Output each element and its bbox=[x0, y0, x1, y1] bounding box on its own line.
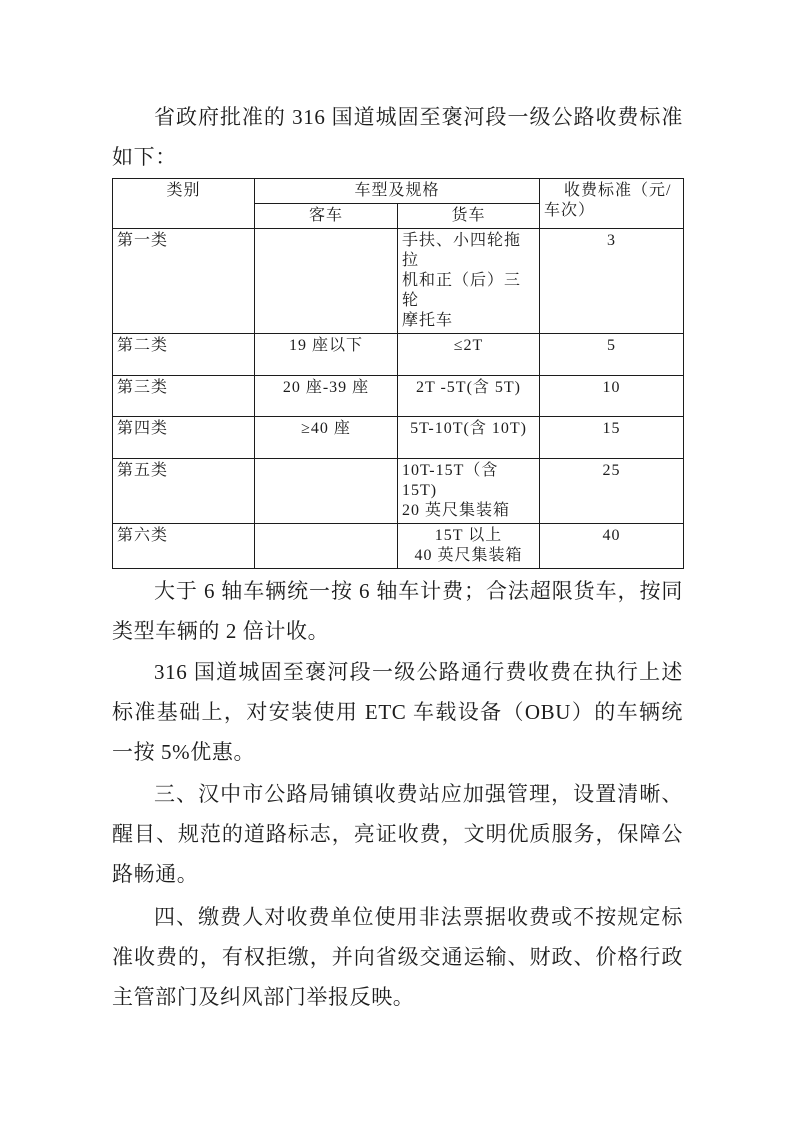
cell-truck: 10T-15T（含 15T) 20 英尺集装箱 bbox=[398, 459, 540, 524]
cell-fee: 15 bbox=[540, 417, 684, 459]
cell-truck: ≤2T bbox=[398, 334, 540, 376]
cell-fee: 3 bbox=[540, 229, 684, 334]
document-page: 省政府批准的 316 国道城固至褒河段一级公路收费标准如下： 类别 车型及规格 … bbox=[0, 0, 793, 1122]
cell-truck: 手扶、小四轮拖拉 机和正（后）三轮 摩托车 bbox=[398, 229, 540, 334]
cell-category: 第六类 bbox=[113, 524, 255, 569]
header-category: 类别 bbox=[113, 179, 255, 229]
section-three-paragraph: 三、汉中市公路局铺镇收费站应加强管理，设置清晰、醒目、规范的道路标志，亮证收费，… bbox=[112, 774, 683, 894]
cell-truck: 5T-10T(含 10T) bbox=[398, 417, 540, 459]
header-passenger-car: 客车 bbox=[255, 204, 398, 229]
cell-passenger: ≥40 座 bbox=[255, 417, 398, 459]
table-row-class2: 第二类 19 座以下 ≤2T 5 bbox=[113, 334, 684, 376]
cell-truck: 2T -5T(含 5T) bbox=[398, 376, 540, 417]
cell-passenger bbox=[255, 524, 398, 569]
table-header-row-1: 类别 车型及规格 收费标准（元/ 车次） bbox=[113, 179, 684, 204]
cell-truck: 15T 以上 40 英尺集装箱 bbox=[398, 524, 540, 569]
header-truck: 货车 bbox=[398, 204, 540, 229]
cell-passenger bbox=[255, 229, 398, 334]
cell-category: 第一类 bbox=[113, 229, 255, 334]
axle-rule-paragraph: 大于 6 轴车辆统一按 6 轴车计费；合法超限货车，按同类型车辆的 2 倍计收。 bbox=[112, 571, 683, 651]
cell-category: 第二类 bbox=[113, 334, 255, 376]
cell-fee: 5 bbox=[540, 334, 684, 376]
table-row-class4: 第四类 ≥40 座 5T-10T(含 10T) 15 bbox=[113, 417, 684, 459]
cell-fee: 25 bbox=[540, 459, 684, 524]
cell-passenger: 20 座-39 座 bbox=[255, 376, 398, 417]
header-vehicle-spec: 车型及规格 bbox=[255, 179, 540, 204]
table-row-class3: 第三类 20 座-39 座 2T -5T(含 5T) 10 bbox=[113, 376, 684, 417]
table-row-class6: 第六类 15T 以上 40 英尺集装箱 40 bbox=[113, 524, 684, 569]
cell-category: 第五类 bbox=[113, 459, 255, 524]
cell-category: 第三类 bbox=[113, 376, 255, 417]
section-four-paragraph: 四、缴费人对收费单位使用非法票据收费或不按规定标准收费的，有权拒缴，并向省级交通… bbox=[112, 897, 683, 1017]
document-content: 省政府批准的 316 国道城固至褒河段一级公路收费标准如下： 类别 车型及规格 … bbox=[112, 97, 683, 1017]
cell-fee: 40 bbox=[540, 524, 684, 569]
header-fee-standard: 收费标准（元/ 车次） bbox=[540, 179, 684, 229]
cell-passenger: 19 座以下 bbox=[255, 334, 398, 376]
table-row-class5: 第五类 10T-15T（含 15T) 20 英尺集装箱 25 bbox=[113, 459, 684, 524]
table-row-class1: 第一类 手扶、小四轮拖拉 机和正（后）三轮 摩托车 3 bbox=[113, 229, 684, 334]
intro-paragraph: 省政府批准的 316 国道城固至褒河段一级公路收费标准如下： bbox=[112, 97, 683, 177]
etc-discount-paragraph: 316 国道城固至褒河段一级公路通行费收费在执行上述标准基础上，对安装使用 ET… bbox=[112, 652, 683, 772]
cell-category: 第四类 bbox=[113, 417, 255, 459]
toll-fee-table: 类别 车型及规格 收费标准（元/ 车次） 客车 货车 第一类 手扶、小四轮拖拉 … bbox=[112, 178, 684, 569]
cell-passenger bbox=[255, 459, 398, 524]
cell-fee: 10 bbox=[540, 376, 684, 417]
